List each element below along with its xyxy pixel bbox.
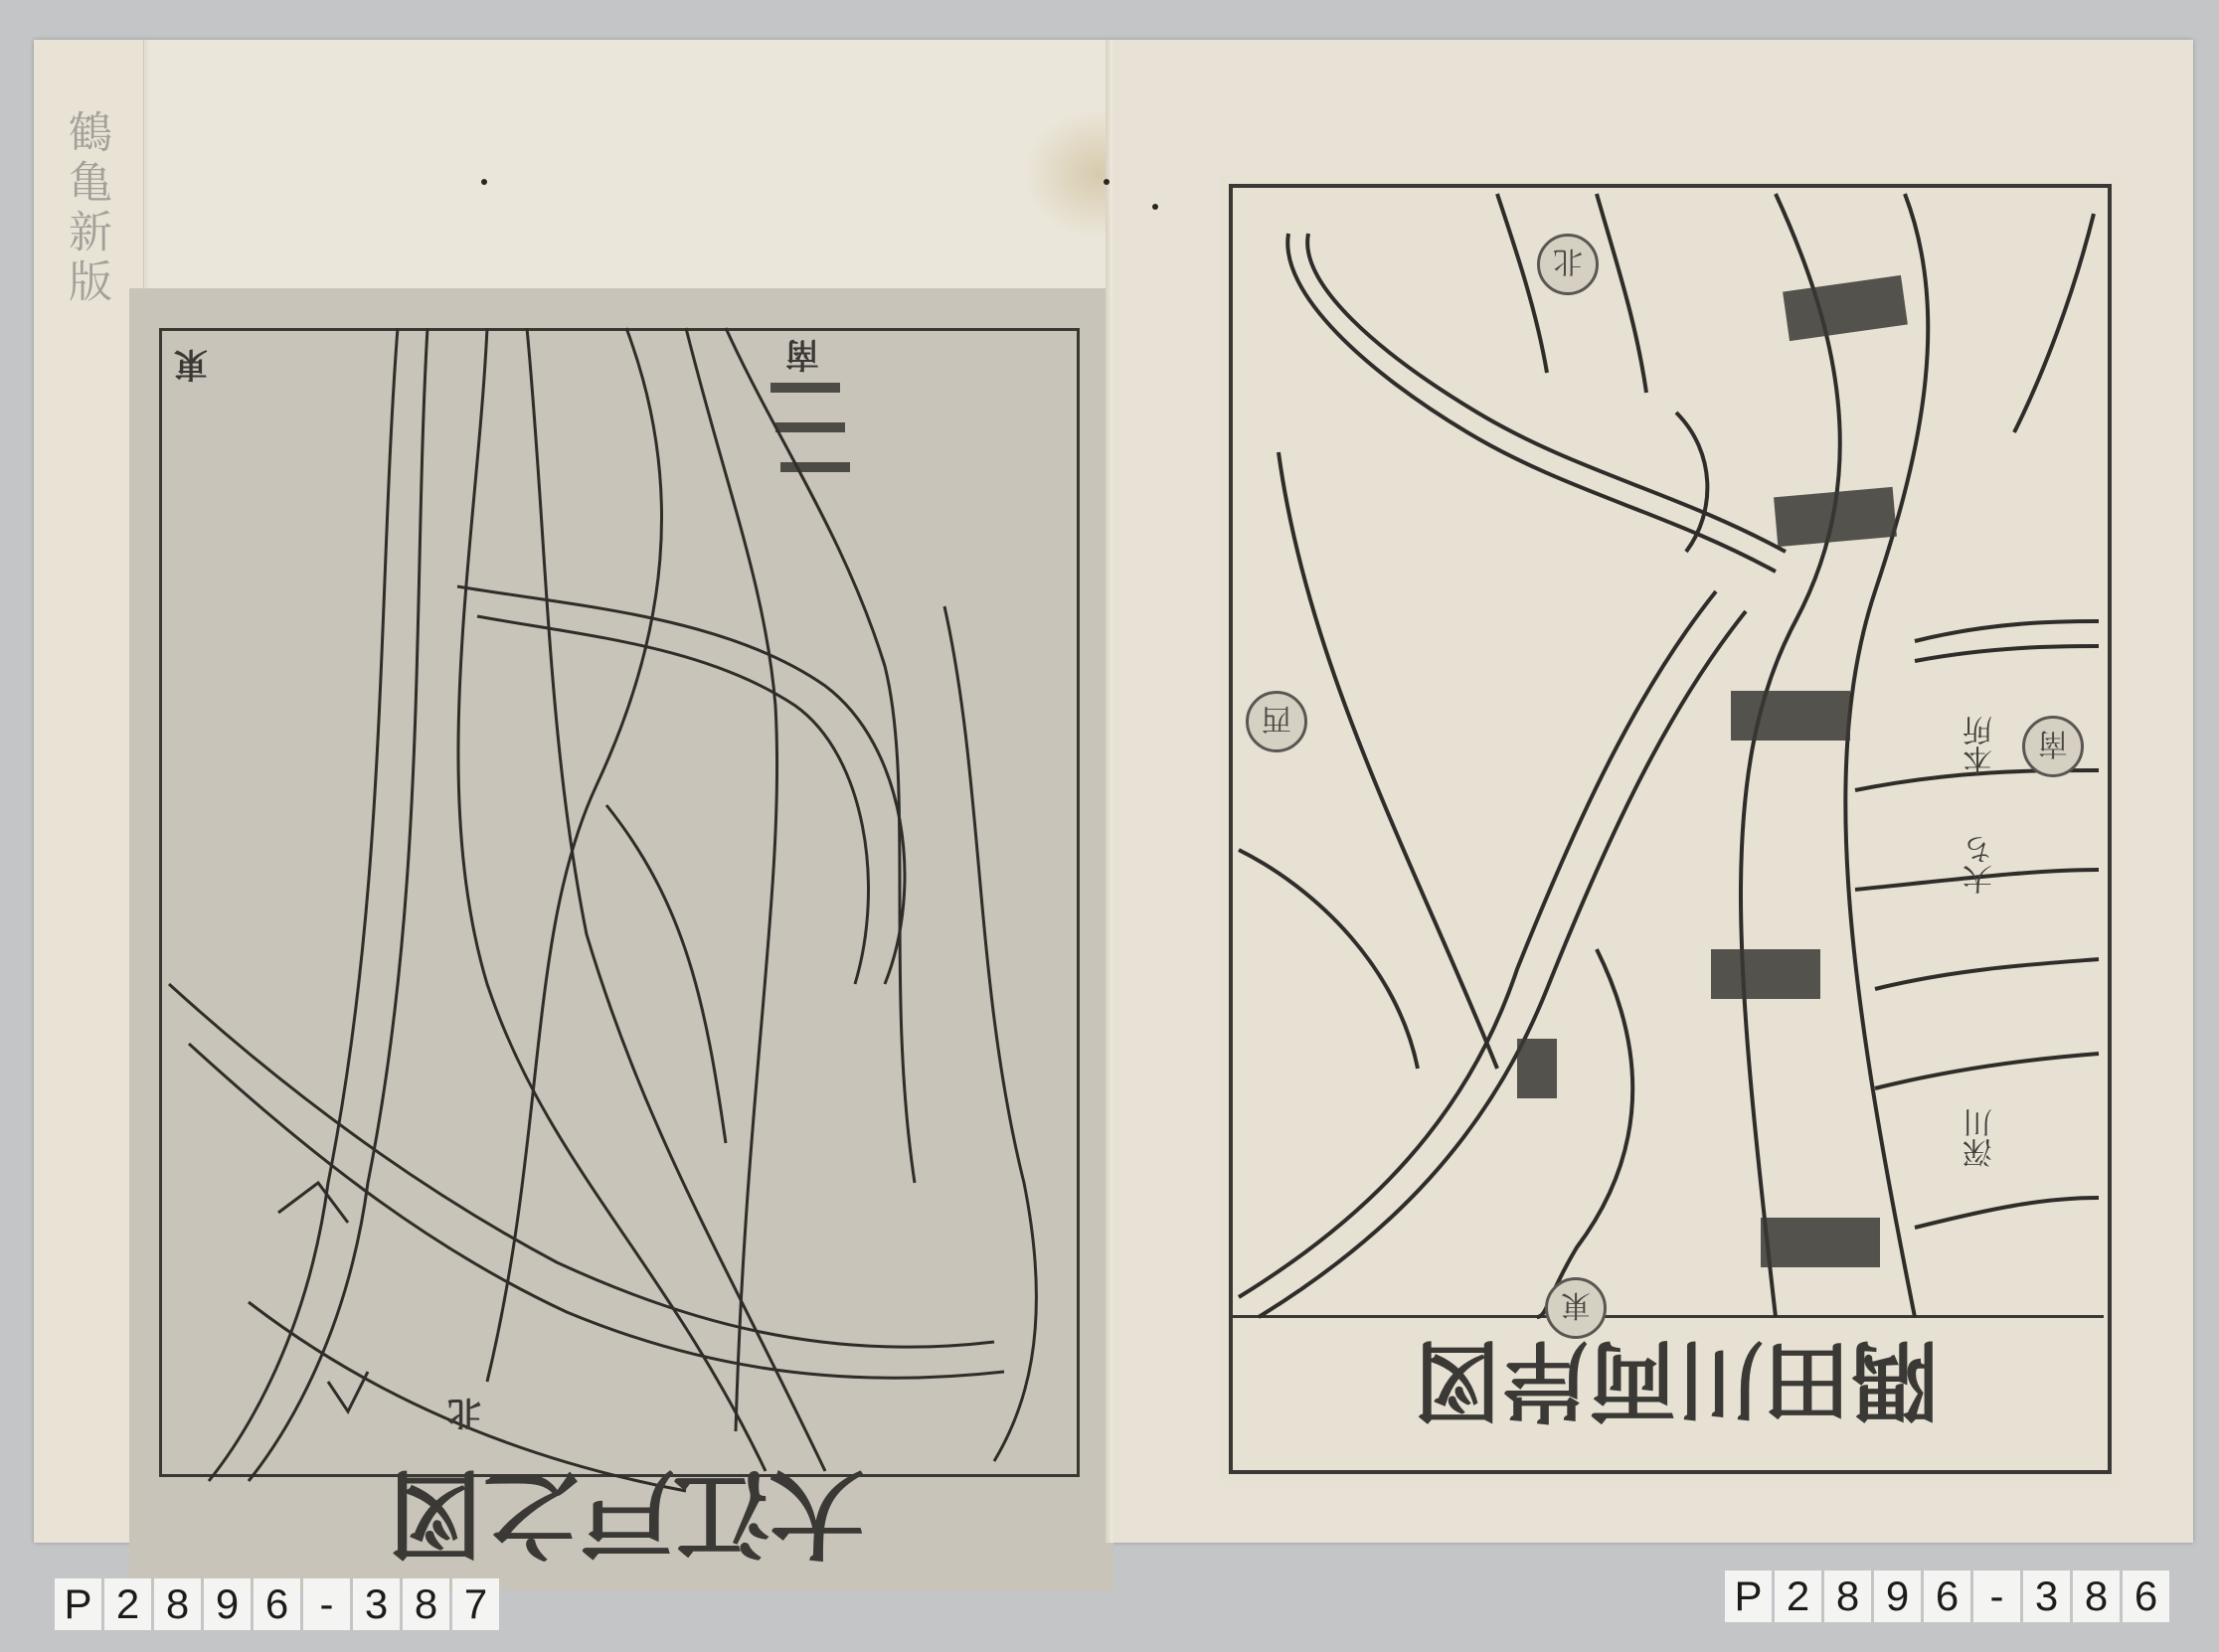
label-char: 3 (353, 1578, 400, 1630)
label-char: 8 (1824, 1570, 1871, 1622)
label-char: - (303, 1578, 350, 1630)
label-char: P (55, 1578, 101, 1630)
open-book: 鶴亀新版 (34, 40, 2193, 1543)
margin-handwriting: 鶴亀新版 (64, 109, 107, 308)
binding-hole (1152, 204, 1158, 210)
label-char: 9 (1874, 1570, 1921, 1622)
place-honjo: 本所 (1960, 716, 2003, 775)
binding-hole (481, 179, 487, 185)
label-char: 8 (154, 1578, 201, 1630)
right-map-sheet: 西 北 南 東 本所 深川 大ち 隅田川両岸図 (1219, 174, 2122, 1486)
label-char: 6 (254, 1578, 300, 1630)
left-map-title: 大江戸之図 (219, 1466, 1034, 1575)
label-char: 9 (204, 1578, 251, 1630)
label-char: - (1973, 1570, 2020, 1622)
compass-circle-south: 南 (2022, 716, 2084, 777)
label-char: 6 (1924, 1570, 1970, 1622)
right-map-lines (1219, 174, 2122, 1486)
top-paper-flap (148, 40, 1127, 294)
label-char: P (1725, 1570, 1772, 1622)
compass-north: 北 (447, 1392, 481, 1440)
compass-circle-west: 西 (1246, 691, 1307, 752)
catalog-label-left: P 2 8 9 6 - 3 8 7 (55, 1578, 499, 1630)
right-map-title: 隅田川両岸図 (1298, 1332, 2054, 1441)
label-char: 7 (452, 1578, 499, 1630)
place-fukagawa: 深川 (1960, 1108, 2003, 1168)
label-char: 8 (2073, 1570, 2120, 1622)
binding-hole (1104, 179, 1109, 185)
catalog-label-right: P 2 8 9 6 - 3 8 6 (1725, 1570, 2169, 1622)
left-map-lines (129, 288, 1113, 1590)
place-label: 大ち (1960, 835, 2003, 895)
left-map-sheet: 東 南 北 大江戸之図 (129, 288, 1113, 1590)
label-char: 6 (2123, 1570, 2169, 1622)
label-char: 3 (2023, 1570, 2070, 1622)
right-page: 西 北 南 東 本所 深川 大ち 隅田川両岸図 (1112, 40, 2193, 1543)
label-char: 8 (403, 1578, 449, 1630)
compass-circle-north: 北 (1537, 234, 1599, 295)
compass-south: 南 (785, 333, 819, 382)
label-char: 2 (1775, 1570, 1821, 1622)
left-margin-strip: 鶴亀新版 (34, 40, 144, 1543)
compass-east: 東 (174, 343, 208, 392)
left-page: 鶴亀新版 (34, 40, 1112, 1543)
label-char: 2 (104, 1578, 151, 1630)
